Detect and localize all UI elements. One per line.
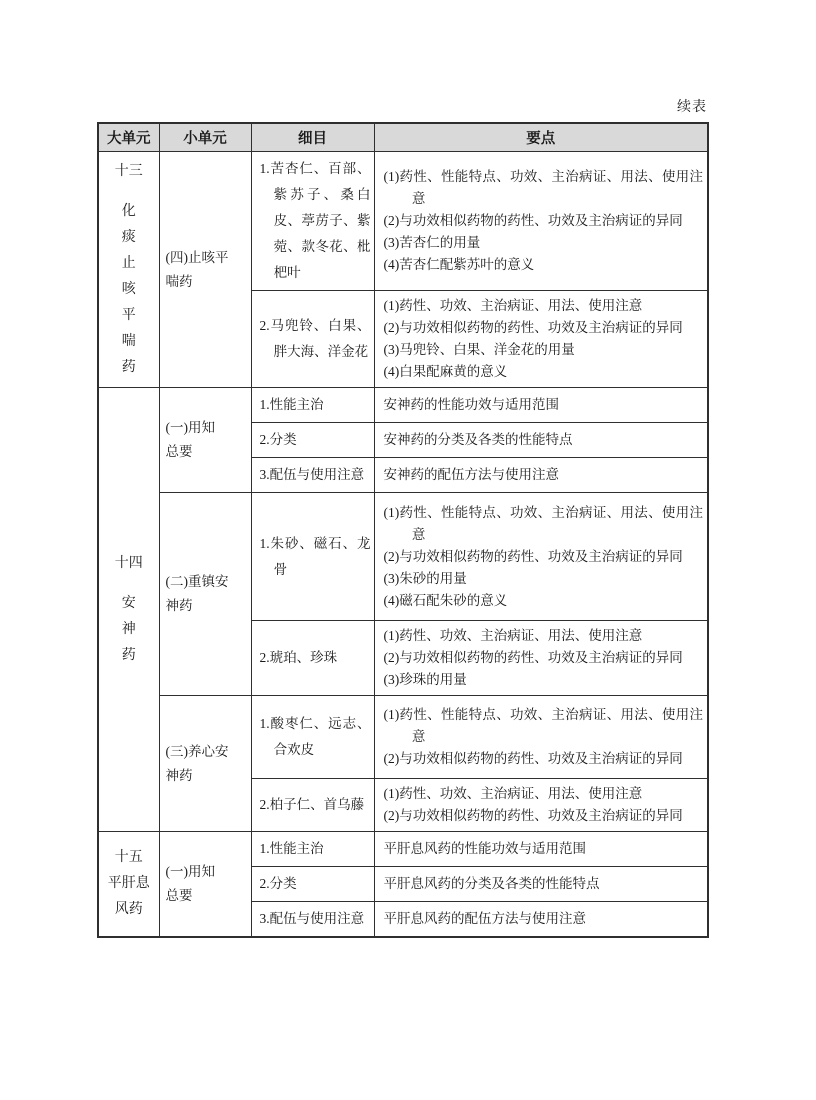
text-line: 喘 [101, 329, 157, 355]
header-cell-keypoints: 要点 [374, 123, 708, 152]
detail-text: 1.性能主治 [260, 392, 371, 418]
text-line: (1)药性、性能特点、功效、主治病证、用法、使用注意 [384, 704, 704, 748]
subunit-cell: (三)养心安神药 [159, 696, 251, 832]
unit-cell-15: 十五平肝息风药 [98, 832, 159, 938]
detail-text: 1.苦杏仁、百部、紫苏子、桑白皮、葶苈子、紫菀、款冬花、枇杷叶 [260, 156, 371, 286]
subunit-cell: (二)重镇安神药 [159, 493, 251, 696]
text-line: 十三 [101, 159, 157, 185]
detail-cell: 1.朱砂、磁石、龙骨 [251, 493, 374, 621]
detail-text: 1.性能主治 [260, 836, 371, 862]
table-row: 十四安神药 (一)用知总要 1.性能主治 安神药的性能功效与适用范围 [98, 388, 708, 423]
subunit-cell: (四)止咳平喘药 [159, 152, 251, 388]
text-line: 安神药的配伍方法与使用注意 [384, 464, 704, 486]
detail-text: 3.配伍与使用注意 [260, 462, 371, 488]
keypoints-cell: 安神药的性能功效与适用范围 [374, 388, 708, 423]
detail-cell: 2.分类 [251, 867, 374, 902]
text-line: 总要 [166, 440, 249, 464]
unit-cell-13: 十三化痰止咳平喘药 [98, 152, 159, 388]
text-line: 安神药的分类及各类的性能特点 [384, 429, 704, 451]
text-line: 咳 [101, 277, 157, 303]
detail-text: 3.配伍与使用注意 [260, 906, 371, 932]
text-line: 安神药的性能功效与适用范围 [384, 394, 704, 416]
document-page: 续表 大单元 小单元 细目 要点 十三化痰止咳平喘药 (四)止咳平喘药 1.苦杏… [0, 0, 816, 1100]
text-line: (一)用知 [166, 860, 249, 884]
subunit-cell: (一)用知总要 [159, 388, 251, 493]
text-line: (2)与功效相似药物的药性、功效及主治病证的异同 [384, 748, 704, 770]
keypoints-cell: 平肝息风药的配伍方法与使用注意 [374, 902, 708, 938]
detail-cell: 3.配伍与使用注意 [251, 458, 374, 493]
keypoints-cell: 安神药的分类及各类的性能特点 [374, 423, 708, 458]
text-line: (1)药性、功效、主治病证、用法、使用注意 [384, 783, 704, 805]
keypoints-cell: 安神药的配伍方法与使用注意 [374, 458, 708, 493]
detail-text: 1.酸枣仁、远志、合欢皮 [260, 711, 371, 763]
unit-cell-14: 十四安神药 [98, 388, 159, 832]
syllabus-table: 大单元 小单元 细目 要点 十三化痰止咳平喘药 (四)止咳平喘药 1.苦杏仁、百… [97, 122, 709, 938]
detail-text: 2.柏子仁、首乌藤 [260, 792, 371, 818]
table-header-row: 大单元 小单元 细目 要点 [98, 123, 708, 152]
detail-cell: 2.柏子仁、首乌藤 [251, 779, 374, 832]
table-row: 十三化痰止咳平喘药 (四)止咳平喘药 1.苦杏仁、百部、紫苏子、桑白皮、葶苈子、… [98, 152, 708, 291]
detail-text: 1.朱砂、磁石、龙骨 [260, 531, 371, 583]
text-line: (3)马兜铃、白果、洋金花的用量 [384, 339, 704, 361]
detail-cell: 2.琥珀、珍珠 [251, 621, 374, 696]
text-line: (1)药性、性能特点、功效、主治病证、用法、使用注意 [384, 502, 704, 546]
text-line: (二)重镇安 [166, 570, 249, 594]
text-line: 安 [101, 591, 157, 617]
text-line: (三)养心安 [166, 740, 249, 764]
detail-text: 2.分类 [260, 871, 371, 897]
detail-text: 2.琥珀、珍珠 [260, 645, 371, 671]
text-line: (4)白果配麻黄的意义 [384, 361, 704, 383]
keypoints-cell: (1)药性、功效、主治病证、用法、使用注意(2)与功效相似药物的药性、功效及主治… [374, 291, 708, 388]
keypoints-cell: 平肝息风药的性能功效与适用范围 [374, 832, 708, 867]
keypoints-cell: (1)药性、性能特点、功效、主治病证、用法、使用注意(2)与功效相似药物的药性、… [374, 152, 708, 291]
keypoints-cell: (1)药性、功效、主治病证、用法、使用注意(2)与功效相似药物的药性、功效及主治… [374, 621, 708, 696]
text-line: (4)苦杏仁配紫苏叶的意义 [384, 254, 704, 276]
text-line: (四)止咳平 [166, 246, 249, 270]
detail-cell: 1.性能主治 [251, 832, 374, 867]
text-line: 神 [101, 617, 157, 643]
keypoints-cell: (1)药性、功效、主治病证、用法、使用注意(2)与功效相似药物的药性、功效及主治… [374, 779, 708, 832]
detail-cell: 2.分类 [251, 423, 374, 458]
text-line: 平肝息风药的分类及各类的性能特点 [384, 873, 704, 895]
text-line: 十五 [101, 845, 157, 871]
text-line: 风药 [101, 897, 157, 923]
header-cell-detail: 细目 [251, 123, 374, 152]
text-line: (3)珍珠的用量 [384, 669, 704, 691]
keypoints-cell: (1)药性、性能特点、功效、主治病证、用法、使用注意(2)与功效相似药物的药性、… [374, 493, 708, 621]
text-line: 喘药 [166, 270, 249, 294]
text-line: 止 [101, 251, 157, 277]
text-line: (1)药性、功效、主治病证、用法、使用注意 [384, 295, 704, 317]
text-line: 化 [101, 199, 157, 225]
keypoints-cell: 平肝息风药的分类及各类的性能特点 [374, 867, 708, 902]
text-line: 平肝息 [101, 871, 157, 897]
text-line: (2)与功效相似药物的药性、功效及主治病证的异同 [384, 805, 704, 827]
detail-text: 2.马兜铃、白果、胖大海、洋金花 [260, 313, 371, 365]
detail-text: 2.分类 [260, 427, 371, 453]
text-line: (2)与功效相似药物的药性、功效及主治病证的异同 [384, 210, 704, 232]
table-row: 十五平肝息风药 (一)用知总要 1.性能主治 平肝息风药的性能功效与适用范围 [98, 832, 708, 867]
text-line: 药 [101, 643, 157, 669]
text-line: (2)与功效相似药物的药性、功效及主治病证的异同 [384, 546, 704, 568]
header-cell-minor-unit: 小单元 [159, 123, 251, 152]
text-line: 平肝息风药的配伍方法与使用注意 [384, 908, 704, 930]
text-line: 痰 [101, 225, 157, 251]
text-line: 神药 [166, 594, 249, 618]
text-line: (一)用知 [166, 416, 249, 440]
table-row: (二)重镇安神药 1.朱砂、磁石、龙骨 (1)药性、性能特点、功效、主治病证、用… [98, 493, 708, 621]
text-line: (1)药性、功效、主治病证、用法、使用注意 [384, 625, 704, 647]
text-line: 神药 [166, 764, 249, 788]
text-line: (4)磁石配朱砂的意义 [384, 590, 704, 612]
detail-cell: 1.性能主治 [251, 388, 374, 423]
text-line: (2)与功效相似药物的药性、功效及主治病证的异同 [384, 647, 704, 669]
keypoints-cell: (1)药性、性能特点、功效、主治病证、用法、使用注意(2)与功效相似药物的药性、… [374, 696, 708, 779]
header-cell-major-unit: 大单元 [98, 123, 159, 152]
text-line: (1)药性、性能特点、功效、主治病证、用法、使用注意 [384, 166, 704, 210]
text-line: (3)苦杏仁的用量 [384, 232, 704, 254]
text-line: 平 [101, 303, 157, 329]
text-line: (3)朱砂的用量 [384, 568, 704, 590]
detail-cell: 3.配伍与使用注意 [251, 902, 374, 938]
subunit-cell: (一)用知总要 [159, 832, 251, 938]
text-line: 平肝息风药的性能功效与适用范围 [384, 838, 704, 860]
text-line: 药 [101, 355, 157, 381]
detail-cell: 1.苦杏仁、百部、紫苏子、桑白皮、葶苈子、紫菀、款冬花、枇杷叶 [251, 152, 374, 291]
text-line: (2)与功效相似药物的药性、功效及主治病证的异同 [384, 317, 704, 339]
text-line: 总要 [166, 884, 249, 908]
detail-cell: 1.酸枣仁、远志、合欢皮 [251, 696, 374, 779]
continued-table-label: 续表 [677, 96, 707, 116]
text-line: 十四 [101, 551, 157, 577]
detail-cell: 2.马兜铃、白果、胖大海、洋金花 [251, 291, 374, 388]
table-row: (三)养心安神药 1.酸枣仁、远志、合欢皮 (1)药性、性能特点、功效、主治病证… [98, 696, 708, 779]
